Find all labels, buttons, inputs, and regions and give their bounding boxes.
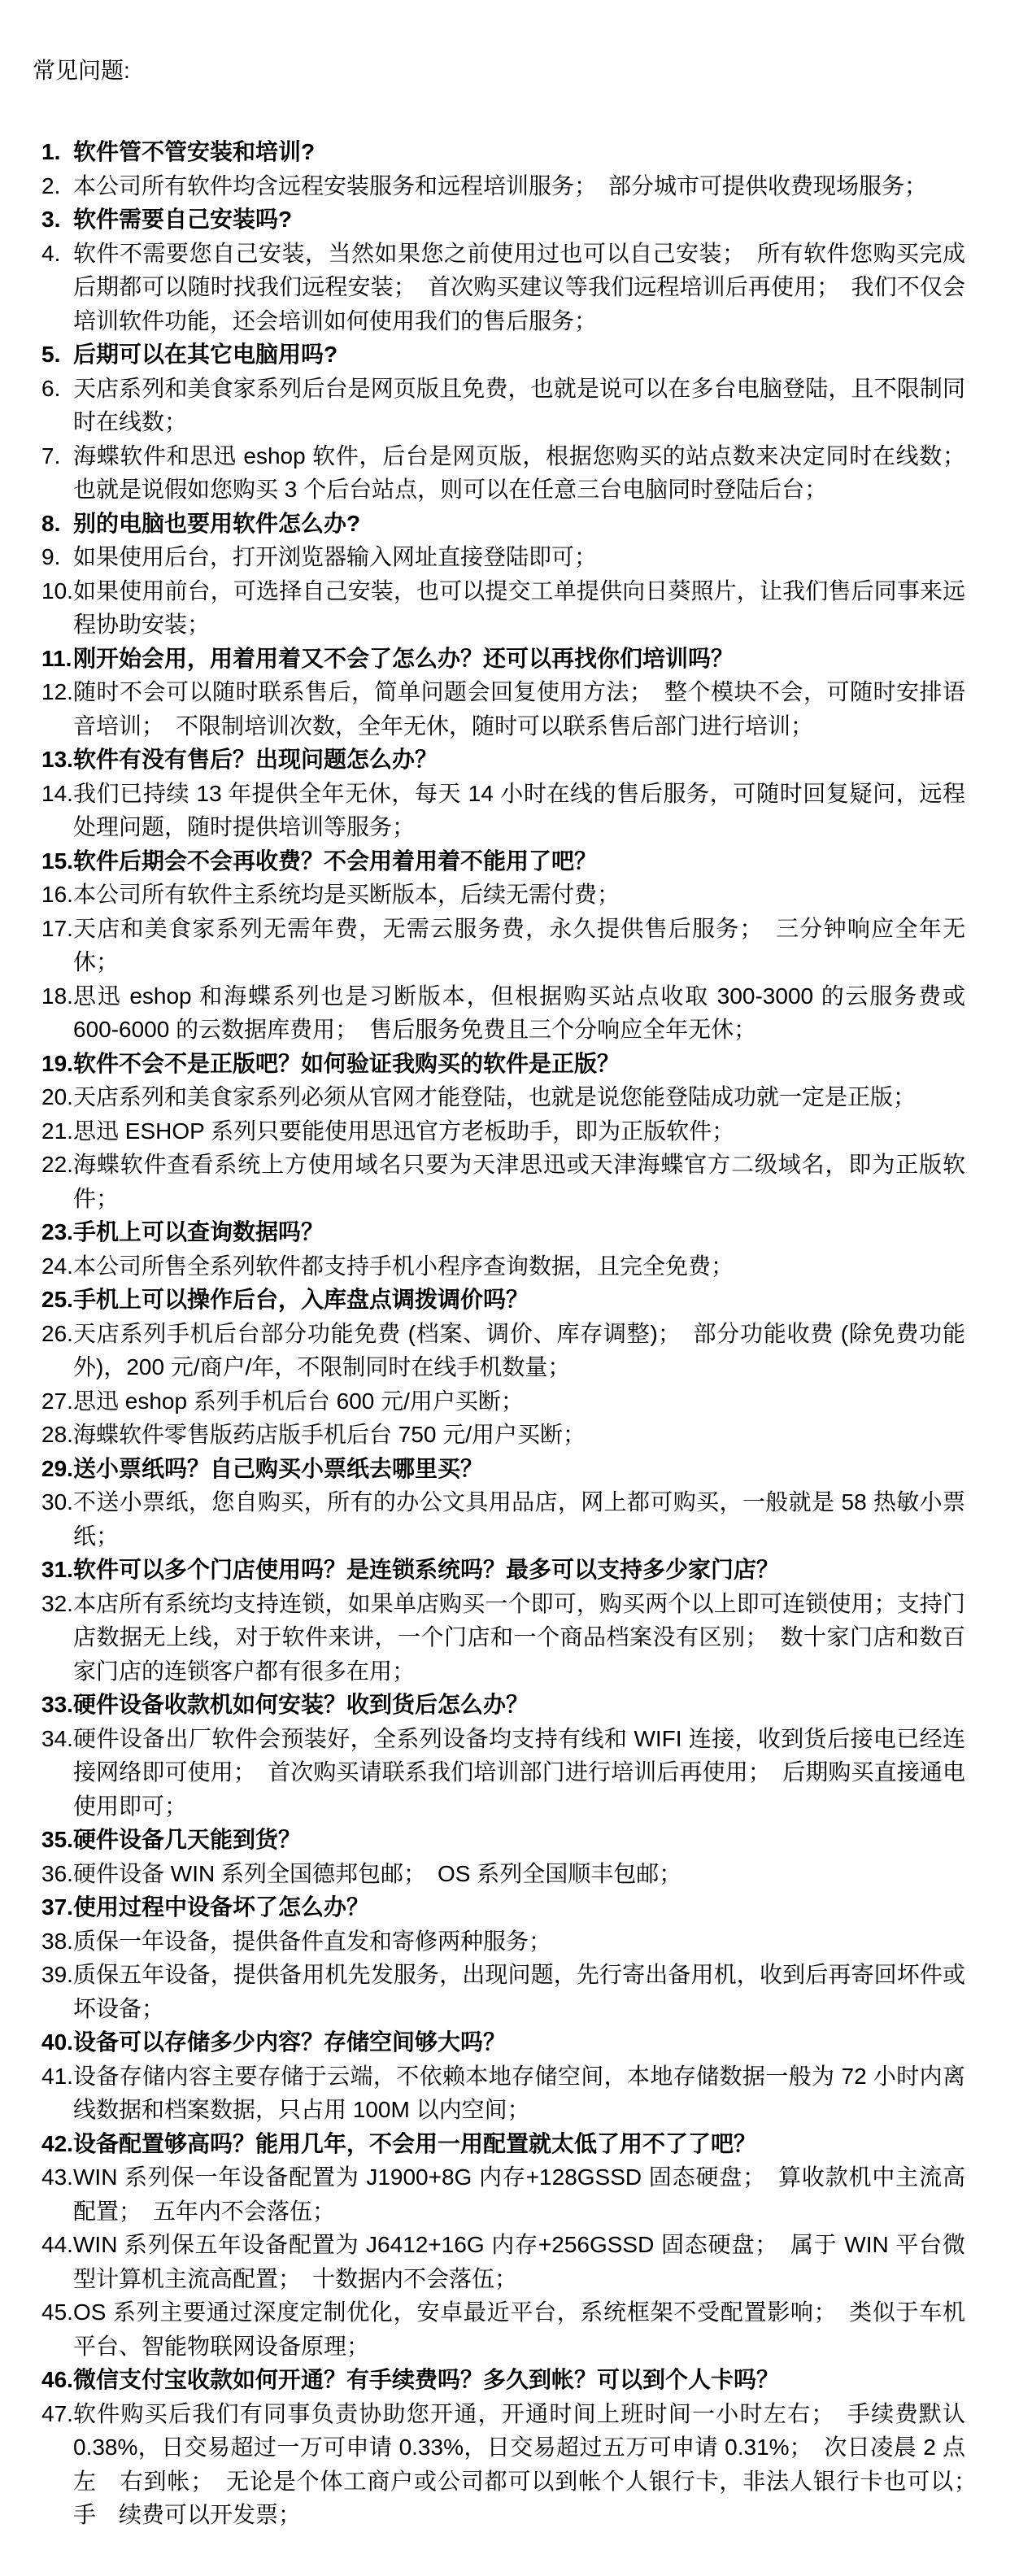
faq-item-text: 刚开始会用，用着用着又不会了怎么办？还可以再找你们培训吗？ bbox=[73, 642, 965, 676]
faq-item-text: OS 系列主要通过深度定制优化，安卓最近平台，系统框架不受配置影响； 类似于车机… bbox=[73, 2295, 965, 2363]
faq-answer-item: 30. 不送小票纸，您自购买，所有的办公文具用品店，网上都可购买，一般就是 58… bbox=[33, 1485, 965, 1553]
faq-item-number: 25. bbox=[33, 1283, 73, 1317]
faq-item-text: WIN 系列保一年设备配置为 J1900+8G 内存+128GSSD 固态硬盘；… bbox=[73, 2160, 965, 2228]
faq-item-text: 天店和美食家系列无需年费，无需云服务费，永久提供售后服务； 三分钟响应全年无休； bbox=[73, 912, 965, 979]
faq-item-text: 思迅 eshop 系列手机后台 600 元/用户买断； bbox=[73, 1384, 965, 1419]
page-title: 常见问题: bbox=[33, 57, 965, 85]
faq-item-text: 使用过程中设备坏了怎么办？ bbox=[73, 1890, 965, 1924]
faq-question-item: 15. 软件后期会不会再收费？不会用着用着不能用了吧？ bbox=[33, 844, 965, 878]
faq-item-number: 15. bbox=[33, 844, 73, 878]
faq-question-item: 37. 使用过程中设备坏了怎么办？ bbox=[33, 1890, 965, 1924]
faq-question-item: 25. 手机上可以操作后台，入库盘点调拨调价吗？ bbox=[33, 1283, 965, 1317]
faq-answer-item: 4. 软件不需要您自己安装，当然如果您之前使用过也可以自己安装； 所有软件您购买… bbox=[33, 237, 965, 338]
faq-item-text: 质保一年设备，提供备件直发和寄修两种服务； bbox=[73, 1924, 965, 1959]
faq-answer-item: 34. 硬件设备出厂软件会预装好，全系列设备均支持有线和 WIFI 连接，收到货… bbox=[33, 1722, 965, 1824]
faq-answer-item: 28. 海蝶软件零售版药店版手机后台 750 元/用户买断； bbox=[33, 1418, 965, 1452]
faq-item-text: 软件有没有售后？出现问题怎么办？ bbox=[73, 743, 965, 777]
faq-item-number: 47. bbox=[33, 2397, 73, 2431]
faq-answer-item: 26. 天店系列手机后台部分功能免费 (档案、调价、库存调整)； 部分功能收费 … bbox=[33, 1317, 965, 1384]
faq-item-number: 14. bbox=[33, 777, 73, 811]
faq-item-number: 3. bbox=[33, 203, 73, 237]
faq-question-item: 11. 刚开始会用，用着用着又不会了怎么办？还可以再找你们培训吗？ bbox=[33, 642, 965, 676]
faq-item-text: 不送小票纸，您自购买，所有的办公文具用品店，网上都可购买，一般就是 58 热敏小… bbox=[73, 1485, 965, 1553]
faq-item-text: 软件管不管安装和培训? bbox=[73, 135, 965, 169]
faq-item-number: 11. bbox=[33, 642, 73, 676]
faq-item-text: 手机上可以查询数据吗？ bbox=[73, 1215, 965, 1249]
faq-item-number: 4. bbox=[33, 237, 73, 271]
faq-item-text: 本公司所有软件均含远程安装服务和远程培训服务； 部分城市可提供收费现场服务； bbox=[73, 169, 965, 203]
faq-question-item: 3. 软件需要自己安装吗? bbox=[33, 203, 965, 237]
faq-answer-item: 39. 质保五年设备，提供备用机先发服务，出现问题，先行寄出备用机，收到后再寄回… bbox=[33, 1958, 965, 2025]
faq-item-number: 5. bbox=[33, 338, 73, 372]
faq-item-text: 别的电脑也要用软件怎么办? bbox=[73, 507, 965, 541]
faq-item-number: 7. bbox=[33, 439, 73, 473]
faq-item-text: 软件不会不是正版吧？如何验证我购买的软件是正版？ bbox=[73, 1047, 965, 1081]
faq-item-number: 42. bbox=[33, 2127, 73, 2161]
faq-item-text: 海蝶软件零售版药店版手机后台 750 元/用户买断； bbox=[73, 1418, 965, 1452]
faq-item-text: 送小票纸吗？自己购买小票纸去哪里买？ bbox=[73, 1452, 965, 1486]
faq-item-text: 天店系列和美食家系列必须从官网才能登陆，也就是说您能登陆成功就一定是正版； bbox=[73, 1080, 965, 1114]
faq-item-text: 硬件设备收款机如何安装？收到货后怎么办？ bbox=[73, 1688, 965, 1722]
faq-answer-item: 17. 天店和美食家系列无需年费，无需云服务费，永久提供售后服务； 三分钟响应全… bbox=[33, 912, 965, 979]
faq-item-number: 27. bbox=[33, 1384, 73, 1419]
faq-item-number: 34. bbox=[33, 1722, 73, 1756]
faq-item-number: 16. bbox=[33, 878, 73, 912]
faq-item-text: 海蝶软件和思迅 eshop 软件，后台是网页版，根据您购买的站点数来决定同时在线… bbox=[73, 439, 965, 507]
faq-item-number: 8. bbox=[33, 507, 73, 541]
faq-question-item: 5. 后期可以在其它电脑用吗? bbox=[33, 338, 965, 372]
faq-item-text: 本公司所有软件主系统均是买断版本，后续无需付费； bbox=[73, 878, 965, 912]
faq-item-number: 19. bbox=[33, 1047, 73, 1081]
faq-question-item: 42. 设备配置够高吗？能用几年，不会用一用配置就太低了用不了了吧？ bbox=[33, 2127, 965, 2161]
faq-item-text: 海蝶软件查看系统上方使用域名只要为天津思迅或天津海蝶官方二级域名，即为正版软件； bbox=[73, 1148, 965, 1215]
faq-item-text: 随时不会可以随时联系售后，简单问题会回复使用方法； 整个模块不会，可随时安排语音… bbox=[73, 675, 965, 743]
faq-question-item: 40. 设备可以存储多少内容？存储空间够大吗？ bbox=[33, 2025, 965, 2059]
faq-item-text: 本店所有系统均支持连锁，如果单店购买一个即可，购买两个以上即可连锁使用；支持门店… bbox=[73, 1587, 965, 1689]
faq-item-number: 12. bbox=[33, 675, 73, 709]
faq-item-text: 设备存储内容主要存储于云端，不依赖本地存储空间，本地存储数据一般为 72 小时内… bbox=[73, 2059, 965, 2127]
faq-item-number: 17. bbox=[33, 912, 73, 946]
faq-answer-item: 24. 本公司所售全系列软件都支持手机小程序查询数据，且完全免费； bbox=[33, 1249, 965, 1284]
faq-question-item: 33. 硬件设备收款机如何安装？收到货后怎么办？ bbox=[33, 1688, 965, 1722]
faq-item-number: 45. bbox=[33, 2295, 73, 2330]
faq-answer-item: 45. OS 系列主要通过深度定制优化，安卓最近平台，系统框架不受配置影响； 类… bbox=[33, 2295, 965, 2363]
faq-item-text: 设备配置够高吗？能用几年，不会用一用配置就太低了用不了了吧？ bbox=[73, 2127, 965, 2161]
faq-question-item: 46. 微信支付宝收款如何开通？有手续费吗？多久到帐？可以到个人卡吗？ bbox=[33, 2363, 965, 2397]
faq-question-item: 31. 软件可以多个门店使用吗？是连锁系统吗？最多可以支持多少家门店？ bbox=[33, 1553, 965, 1587]
faq-question-item: 23. 手机上可以查询数据吗？ bbox=[33, 1215, 965, 1249]
faq-answer-item: 7. 海蝶软件和思迅 eshop 软件，后台是网页版，根据您购买的站点数来决定同… bbox=[33, 439, 965, 507]
faq-question-item: 35. 硬件设备几天能到货？ bbox=[33, 1823, 965, 1857]
faq-item-number: 41. bbox=[33, 2059, 73, 2094]
faq-item-number: 30. bbox=[33, 1485, 73, 1519]
faq-item-number: 37. bbox=[33, 1890, 73, 1924]
faq-item-text: 软件需要自己安装吗? bbox=[73, 203, 965, 237]
faq-item-number: 43. bbox=[33, 2160, 73, 2195]
faq-item-text: 手机上可以操作后台，入库盘点调拨调价吗？ bbox=[73, 1283, 965, 1317]
faq-item-text: 设备可以存储多少内容？存储空间够大吗？ bbox=[73, 2025, 965, 2059]
faq-item-number: 38. bbox=[33, 1924, 73, 1959]
faq-item-number: 2. bbox=[33, 169, 73, 203]
faq-item-number: 1. bbox=[33, 135, 73, 169]
faq-item-text: 本公司所售全系列软件都支持手机小程序查询数据，且完全免费； bbox=[73, 1249, 965, 1284]
faq-answer-item: 43. WIN 系列保一年设备配置为 J1900+8G 内存+128GSSD 固… bbox=[33, 2160, 965, 2228]
faq-item-number: 10. bbox=[33, 574, 73, 608]
faq-answer-item: 10. 如果使用前台，可选择自己安装，也可以提交工单提供向日葵照片，让我们售后同… bbox=[33, 574, 965, 642]
faq-item-text: 我们已持续 13 年提供全年无休，每天 14 小时在线的售后服务，可随时回复疑问… bbox=[73, 777, 965, 844]
faq-item-number: 21. bbox=[33, 1114, 73, 1149]
faq-item-number: 23. bbox=[33, 1215, 73, 1249]
faq-answer-item: 22. 海蝶软件查看系统上方使用域名只要为天津思迅或天津海蝶官方二级域名，即为正… bbox=[33, 1148, 965, 1215]
faq-item-number: 28. bbox=[33, 1418, 73, 1452]
faq-item-text: 软件可以多个门店使用吗？是连锁系统吗？最多可以支持多少家门店？ bbox=[73, 1553, 965, 1587]
faq-item-number: 9. bbox=[33, 540, 73, 574]
faq-item-number: 35. bbox=[33, 1823, 73, 1857]
faq-question-item: 1. 软件管不管安装和培训? bbox=[33, 135, 965, 169]
faq-item-text: 软件不需要您自己安装，当然如果您之前使用过也可以自己安装； 所有软件您购买完成后… bbox=[73, 237, 965, 338]
faq-answer-item: 16. 本公司所有软件主系统均是买断版本，后续无需付费； bbox=[33, 878, 965, 912]
faq-item-text: 质保五年设备，提供备用机先发服务，出现问题，先行寄出备用机，收到后再寄回坏件或坏… bbox=[73, 1958, 965, 2025]
faq-item-number: 20. bbox=[33, 1080, 73, 1114]
faq-item-text: 硬件设备出厂软件会预装好，全系列设备均支持有线和 WIFI 连接，收到货后接电已… bbox=[73, 1722, 965, 1824]
faq-answer-item: 38. 质保一年设备，提供备件直发和寄修两种服务； bbox=[33, 1924, 965, 1959]
faq-item-number: 29. bbox=[33, 1452, 73, 1486]
faq-question-item: 29. 送小票纸吗？自己购买小票纸去哪里买？ bbox=[33, 1452, 965, 1486]
faq-item-number: 24. bbox=[33, 1249, 73, 1284]
faq-item-text: 硬件设备几天能到货？ bbox=[73, 1823, 965, 1857]
faq-item-text: 硬件设备 WIN 系列全国德邦包邮； OS 系列全国顺丰包邮； bbox=[73, 1857, 965, 1891]
faq-item-number: 32. bbox=[33, 1587, 73, 1621]
faq-item-text: 微信支付宝收款如何开通？有手续费吗？多久到帐？可以到个人卡吗？ bbox=[73, 2363, 965, 2397]
faq-item-number: 33. bbox=[33, 1688, 73, 1722]
faq-answer-item: 2. 本公司所有软件均含远程安装服务和远程培训服务； 部分城市可提供收费现场服务… bbox=[33, 169, 965, 203]
faq-item-text: WIN 系列保五年设备配置为 J6412+16G 内存+256GSSD 固态硬盘… bbox=[73, 2228, 965, 2295]
faq-item-number: 18. bbox=[33, 979, 73, 1013]
faq-item-number: 13. bbox=[33, 743, 73, 777]
faq-item-number: 26. bbox=[33, 1317, 73, 1351]
faq-item-number: 44. bbox=[33, 2228, 73, 2262]
faq-item-text: 如果使用前台，可选择自己安装，也可以提交工单提供向日葵照片，让我们售后同事来远程… bbox=[73, 574, 965, 642]
faq-answer-item: 20. 天店系列和美食家系列必须从官网才能登陆，也就是说您能登陆成功就一定是正版… bbox=[33, 1080, 965, 1114]
faq-item-text: 思迅 ESHOP 系列只要能使用思迅官方老板助手，即为正版软件； bbox=[73, 1114, 965, 1149]
faq-answer-item: 9. 如果使用后台，打开浏览器输入网址直接登陆即可； bbox=[33, 540, 965, 574]
faq-item-number: 6. bbox=[33, 372, 73, 406]
faq-item-number: 36. bbox=[33, 1857, 73, 1891]
faq-item-text: 如果使用后台，打开浏览器输入网址直接登陆即可； bbox=[73, 540, 965, 574]
faq-item-text: 天店系列和美食家系列后台是网页版且免费，也就是说可以在多台电脑登陆，且不限制同时… bbox=[73, 372, 965, 439]
faq-answer-item: 27. 思迅 eshop 系列手机后台 600 元/用户买断； bbox=[33, 1384, 965, 1419]
faq-answer-item: 12. 随时不会可以随时联系售后，简单问题会回复使用方法； 整个模块不会，可随时… bbox=[33, 675, 965, 743]
faq-answer-item: 21. 思迅 ESHOP 系列只要能使用思迅官方老板助手，即为正版软件； bbox=[33, 1114, 965, 1149]
faq-question-item: 13. 软件有没有售后？出现问题怎么办？ bbox=[33, 743, 965, 777]
faq-item-number: 39. bbox=[33, 1958, 73, 1992]
faq-answer-item: 47. 软件购买后我们有同事负责协助您开通，开通时间上班时间一小时左右； 手续费… bbox=[33, 2397, 965, 2532]
faq-item-text: 软件后期会不会再收费？不会用着用着不能用了吧？ bbox=[73, 844, 965, 878]
faq-item-text: 后期可以在其它电脑用吗? bbox=[73, 338, 965, 372]
faq-answer-item: 14. 我们已持续 13 年提供全年无休，每天 14 小时在线的售后服务，可随时… bbox=[33, 777, 965, 844]
faq-item-number: 40. bbox=[33, 2025, 73, 2059]
faq-answer-item: 32. 本店所有系统均支持连锁，如果单店购买一个即可，购买两个以上即可连锁使用；… bbox=[33, 1587, 965, 1689]
faq-question-item: 19. 软件不会不是正版吧？如何验证我购买的软件是正版？ bbox=[33, 1047, 965, 1081]
faq-question-item: 8. 别的电脑也要用软件怎么办? bbox=[33, 507, 965, 541]
faq-item-text: 软件购买后我们有同事负责协助您开通，开通时间上班时间一小时左右； 手续费默认 0… bbox=[73, 2397, 965, 2532]
faq-item-number: 22. bbox=[33, 1148, 73, 1182]
faq-answer-item: 41. 设备存储内容主要存储于云端，不依赖本地存储空间，本地存储数据一般为 72… bbox=[33, 2059, 965, 2127]
faq-answer-item: 36. 硬件设备 WIN 系列全国德邦包邮； OS 系列全国顺丰包邮； bbox=[33, 1857, 965, 1891]
faq-item-text: 思迅 eshop 和海蝶系列也是习断版本，但根据购买站点收取 300-3000 … bbox=[73, 979, 965, 1047]
faq-list: 1. 软件管不管安装和培训? 2. 本公司所有软件均含远程安装服务和远程培训服务… bbox=[33, 135, 965, 2532]
faq-item-number: 46. bbox=[33, 2363, 73, 2397]
faq-item-number: 31. bbox=[33, 1553, 73, 1587]
faq-answer-item: 18. 思迅 eshop 和海蝶系列也是习断版本，但根据购买站点收取 300-3… bbox=[33, 979, 965, 1047]
faq-answer-item: 44. WIN 系列保五年设备配置为 J6412+16G 内存+256GSSD … bbox=[33, 2228, 965, 2295]
faq-document: 常见问题: 1. 软件管不管安装和培训? 2. 本公司所有软件均含远程安装服务和… bbox=[0, 0, 1032, 2576]
faq-item-text: 天店系列手机后台部分功能免费 (档案、调价、库存调整)； 部分功能收费 (除免费… bbox=[73, 1317, 965, 1384]
faq-answer-item: 6. 天店系列和美食家系列后台是网页版且免费，也就是说可以在多台电脑登陆，且不限… bbox=[33, 372, 965, 439]
